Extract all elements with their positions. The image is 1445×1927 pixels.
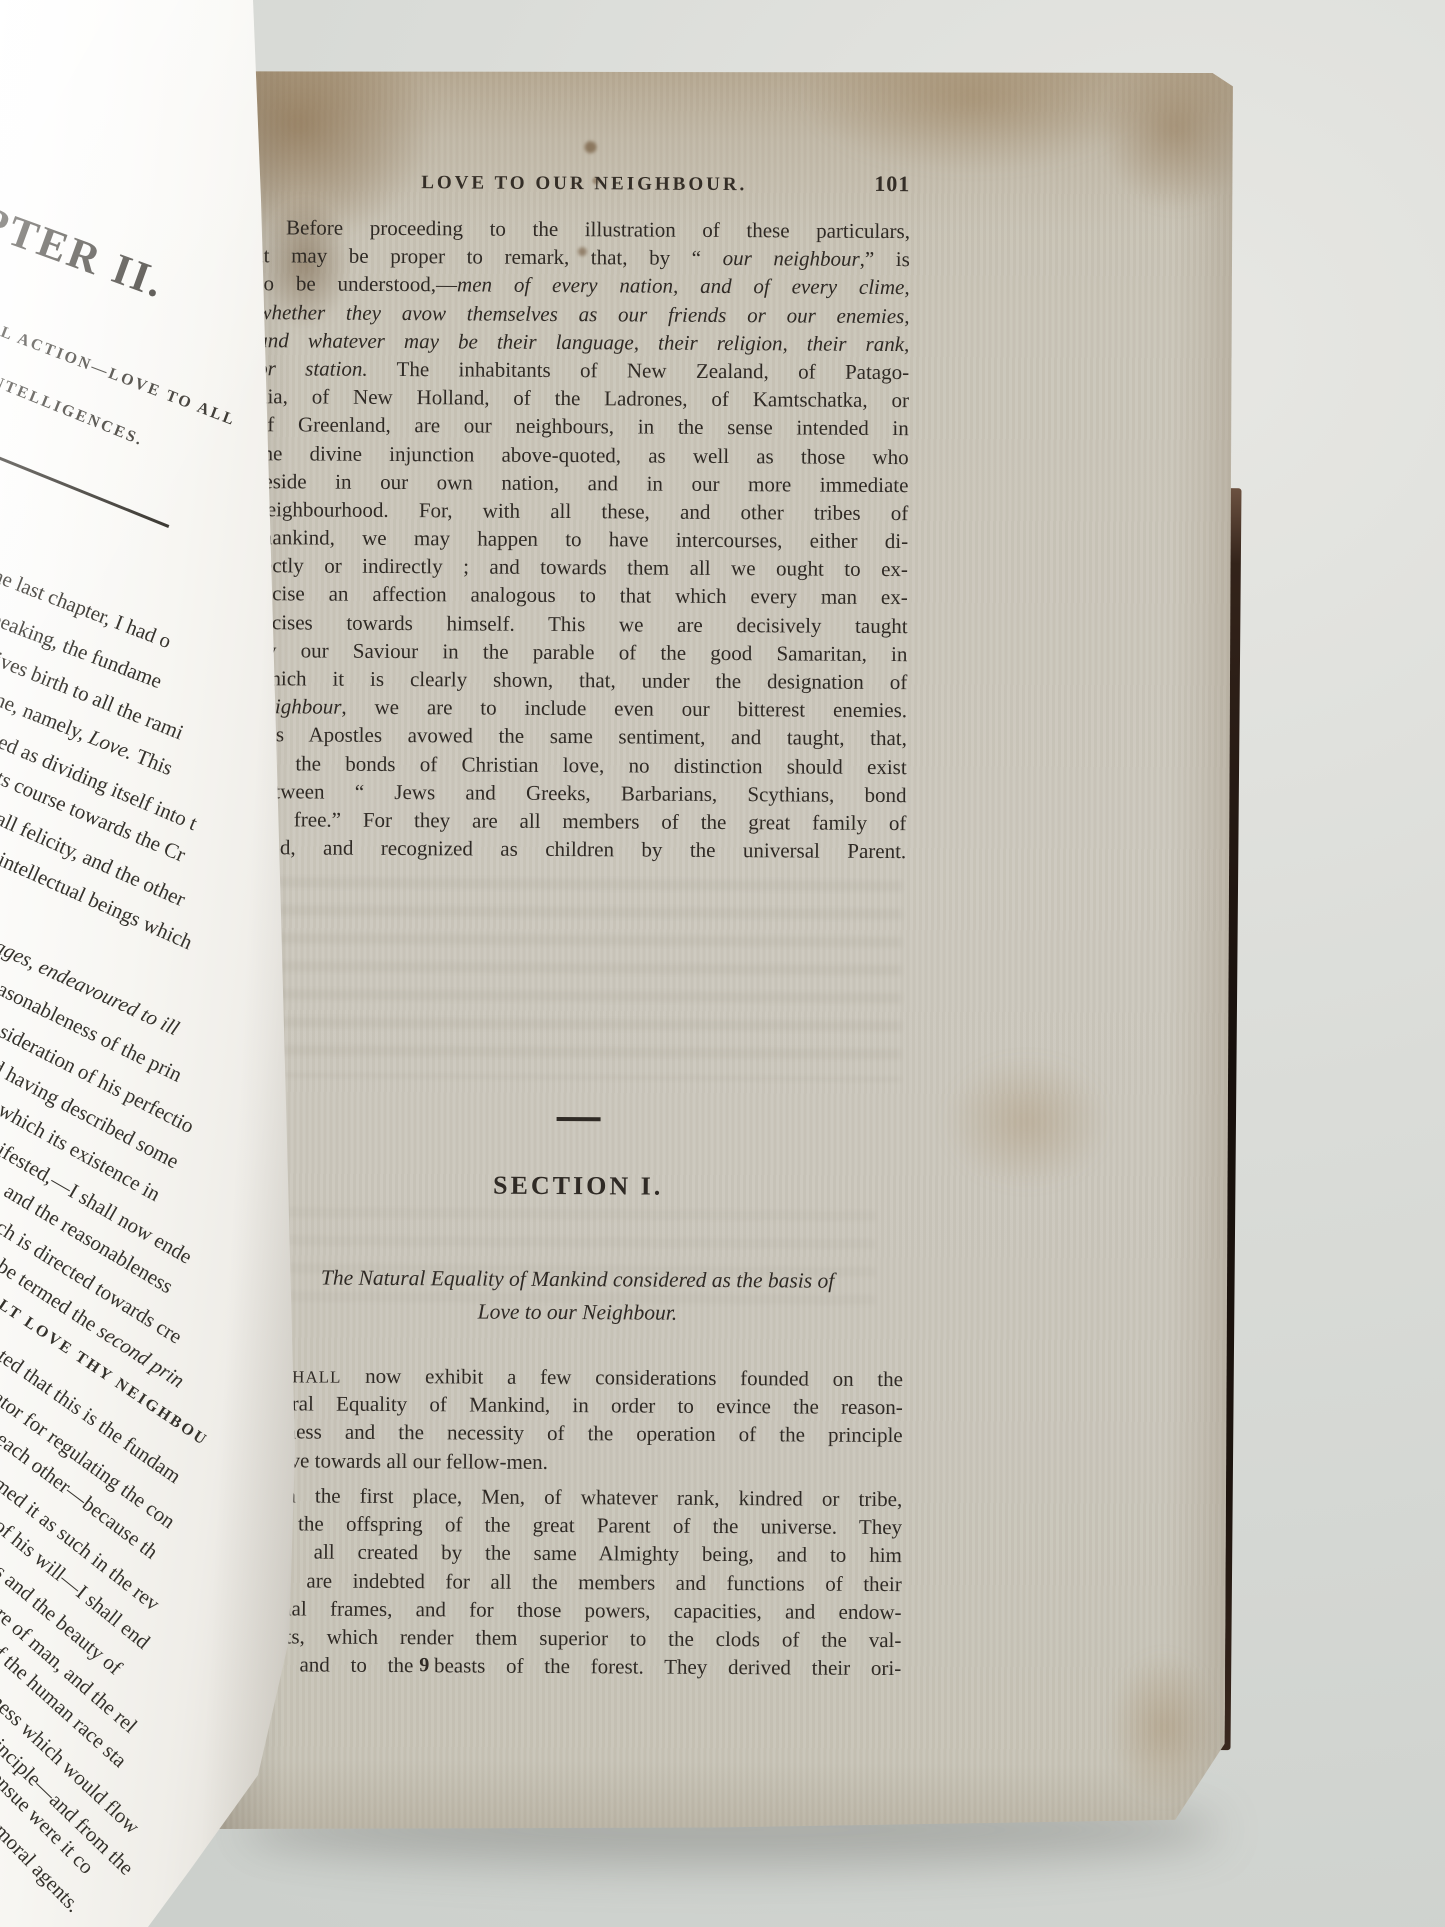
text-segment: our neighbour — [723, 246, 860, 271]
body-text-line: Natural Equality of Mankind, in order to… — [251, 1389, 903, 1421]
page-number: 101 — [258, 167, 910, 197]
section-heading: SECTION I. — [252, 1169, 904, 1203]
body-text-line: ments, which render them superior to the… — [249, 1622, 901, 1654]
body-text-line: it may be proper to remark, that, by “ o… — [258, 241, 910, 273]
body-text-line: they are indebted for all the members an… — [250, 1566, 902, 1598]
body-text-line: in the bonds of Christian love, no disti… — [255, 749, 907, 781]
section-divider-rule — [557, 1117, 601, 1121]
left-page-text-fragment: PTER II. — [0, 196, 172, 308]
paper-stain — [1054, 56, 1275, 297]
paragraph-before-proceeding: Before proceeding to the illustration of… — [254, 213, 910, 865]
body-text-line: ercise an affection analogous to that wh… — [256, 580, 908, 612]
text-segment: to be understood,— — [258, 272, 458, 297]
body-text-line: neighbour, we are to include even our bi… — [255, 692, 907, 724]
paper-stain — [906, 1026, 1147, 1217]
paragraph-i-shall: I SHALL now exhibit a few considerations… — [250, 1361, 903, 1478]
section-subtitle-line: Love to our Neighbour. — [225, 1294, 929, 1331]
body-text-line: animal frames, and for those powers, cap… — [250, 1594, 902, 1626]
body-text-line: or station. The inhabitants of New Zeala… — [257, 354, 909, 386]
text-segment: or station. — [257, 356, 368, 381]
book-photo: LOVE TO OUR NEIGHBOUR. 101 Before procee… — [0, 0, 1445, 1927]
text-segment: men of every nation, and of every clime, — [457, 273, 910, 300]
body-text-line: I SHALL now exhibit a few considerations… — [251, 1361, 903, 1393]
body-text-line: and whatever may be their language, thei… — [257, 326, 909, 358]
text-segment: , we are to include even our bitterest e… — [341, 695, 907, 722]
body-text-line: of love towards all our fellow-men. — [250, 1446, 902, 1478]
body-text-line: ley, and to the beasts of the forest. Th… — [249, 1650, 901, 1682]
body-text-line: nia, of New Holland, of the Ladrones, of… — [257, 382, 909, 414]
body-text-line: which it is clearly shown, that, under t… — [255, 664, 907, 696]
body-text-line: by our Saviour in the parable of the goo… — [255, 636, 907, 668]
body-text-line: God, and recognized as children by the u… — [254, 833, 906, 865]
body-text-line: the divine injunction above-quoted, as w… — [257, 439, 909, 471]
body-text-line: reside in our own nation, and in our mor… — [256, 467, 908, 499]
body-text-line: whether they avow themselves as our frie… — [257, 298, 909, 330]
body-text-line: were all created by the same Almighty be… — [250, 1538, 902, 1570]
body-text-line: neighbourhood. For, with all these, and … — [256, 495, 908, 527]
body-text-line: of Greenland, are our neighbours, in the… — [257, 410, 909, 442]
body-text-line: to be understood,—men of every nation, a… — [258, 270, 910, 302]
section-subtitle-line: The Natural Equality of Mankind consider… — [226, 1261, 930, 1298]
paper-stain — [752, 40, 1193, 233]
body-text-line: His Apostles avowed the same sentiment, … — [255, 721, 907, 753]
text-segment: and whatever may be their language, thei… — [257, 328, 909, 356]
section-subtitle: The Natural Equality of Mankind consider… — [225, 1261, 929, 1331]
body-text-line: ercises towards himself. This we are dec… — [256, 608, 908, 640]
text-segment: ,” is — [860, 247, 910, 271]
body-text-line: rectly or indirectly ; and towards them … — [256, 551, 908, 583]
body-text-line: between “ Jews and Greeks, Barbarians, S… — [255, 777, 907, 809]
left-page-rule — [0, 452, 169, 528]
text-segment: now exhibit a few considerations founded… — [341, 1364, 903, 1391]
text-segment: it may be proper to remark, that, by “ — [258, 243, 723, 270]
body-text-line: In the first place, Men, of whatever ran… — [250, 1481, 902, 1513]
left-page-text-fragment: AL ACTION—LOVE TO ALL — [0, 319, 239, 431]
text-segment: whether they avow themselves as our frie… — [257, 300, 909, 328]
paper-speck — [584, 141, 596, 153]
text-segment: The inhabitants of New Zealand, of Patag… — [368, 357, 910, 384]
body-text-line: mankind, we may happen to have intercour… — [256, 523, 908, 555]
paper-stain — [1067, 1617, 1228, 1838]
right-page: LOVE TO OUR NEIGHBOUR. 101 Before procee… — [202, 67, 1235, 1835]
signature-mark: 9 — [419, 1654, 429, 1677]
left-page-curled: PTER II.AL ACTION—LOVE TO ALLNTELLIGENCE… — [0, 0, 310, 1927]
text-segment: This — [128, 742, 176, 780]
body-text-line: ableness and the necessity of the operat… — [251, 1418, 903, 1450]
body-text-line: or free.” For they are all members of th… — [254, 805, 906, 837]
body-text-line: Before proceeding to the illustration of… — [258, 213, 910, 245]
text-showthrough — [251, 877, 902, 1081]
body-text-line: are the offspring of the great Parent of… — [250, 1509, 902, 1541]
paragraph-in-the-first-place: In the first place, Men, of whatever ran… — [249, 1481, 902, 1682]
